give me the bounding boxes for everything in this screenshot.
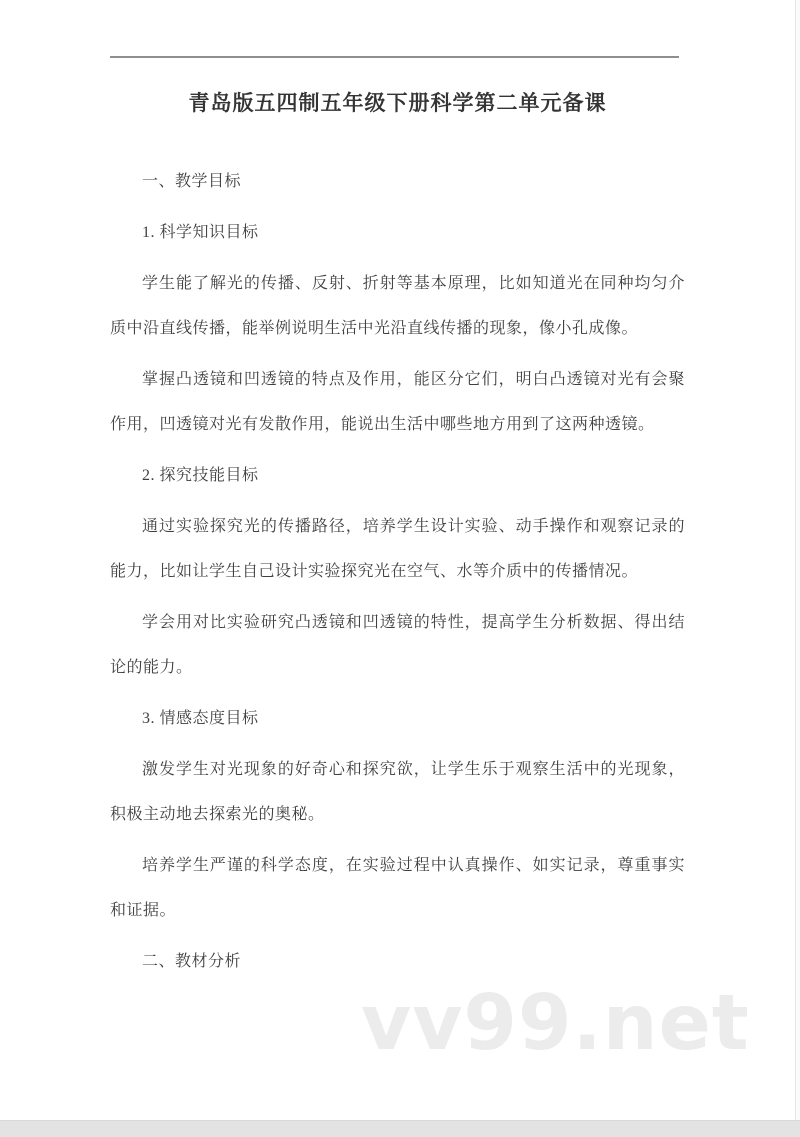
heading: 一、教学目标 — [110, 159, 685, 204]
subheading: 1. 科学知识目标 — [110, 210, 685, 255]
paragraph: 培养学生严谨的科学态度，在实验过程中认真操作、如实记录，尊重事实和证据。 — [110, 843, 685, 933]
document-body: 一、教学目标1. 科学知识目标学生能了解光的传播、反射、折射等基本原理，比如知道… — [110, 159, 685, 984]
document-title: 青岛版五四制五年级下册科学第二单元备课 — [110, 86, 685, 120]
paragraph: 激发学生对光现象的好奇心和探究欲，让学生乐于观察生活中的光现象，积极主动地去探索… — [110, 747, 685, 837]
subheading: 3. 情感态度目标 — [110, 696, 685, 741]
paragraph: 掌握凸透镜和凹透镜的特点及作用，能区分它们，明白凸透镜对光有会聚作用，凹透镜对光… — [110, 357, 685, 447]
watermark: vv99.net — [361, 988, 750, 1060]
paragraph: 通过实验探究光的传播路径，培养学生设计实验、动手操作和观察记录的能力，比如让学生… — [110, 504, 685, 594]
horizontal-scrollbar-track[interactable] — [0, 1120, 800, 1137]
document-viewer: 青岛版五四制五年级下册科学第二单元备课 一、教学目标1. 科学知识目标学生能了解… — [0, 0, 800, 1137]
vertical-scrollbar-gutter — [796, 0, 800, 1120]
subheading: 2. 探究技能目标 — [110, 453, 685, 498]
heading: 二、教材分析 — [110, 939, 685, 984]
paragraph: 学生能了解光的传播、反射、折射等基本原理，比如知道光在同种均匀介质中沿直线传播，… — [110, 261, 685, 351]
paragraph: 学会用对比实验研究凸透镜和凹透镜的特性，提高学生分析数据、得出结论的能力。 — [110, 600, 685, 690]
document-page: 青岛版五四制五年级下册科学第二单元备课 一、教学目标1. 科学知识目标学生能了解… — [110, 0, 685, 990]
